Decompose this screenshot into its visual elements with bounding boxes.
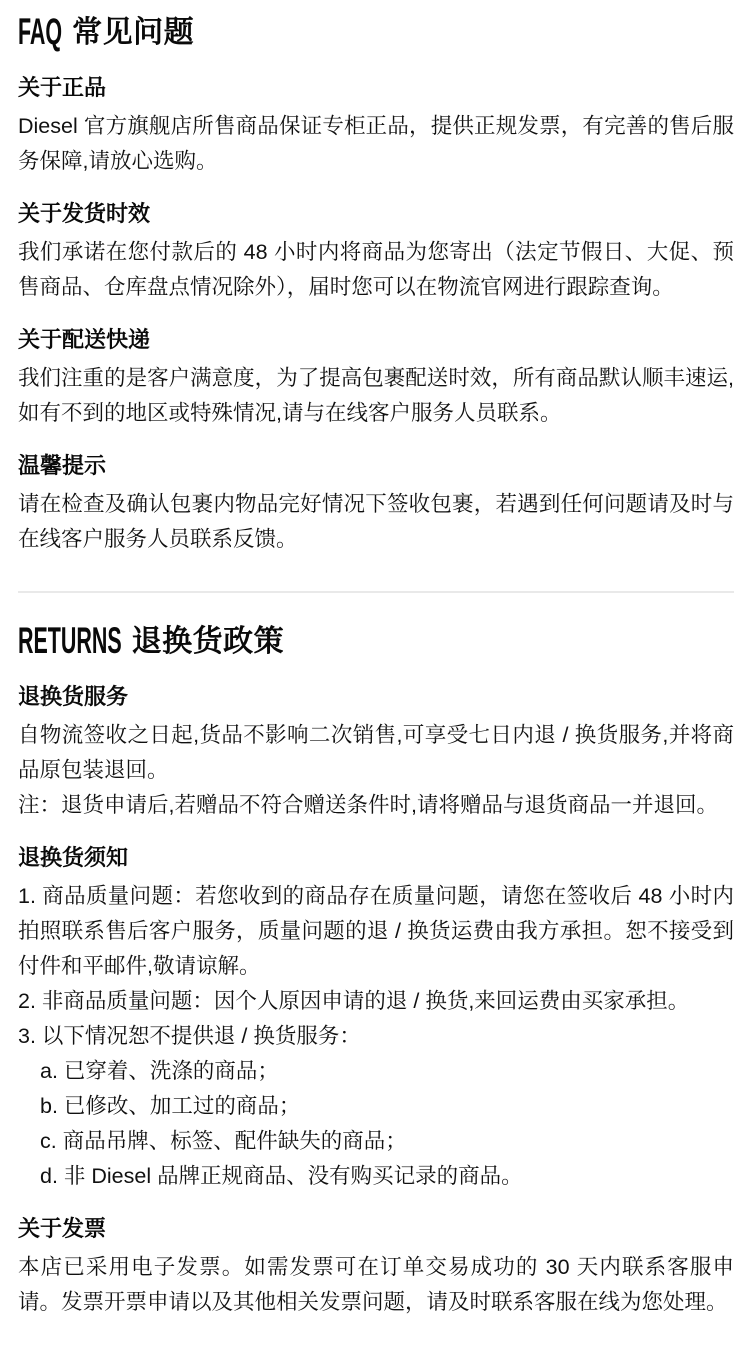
faq-title-latin: FAQ	[18, 12, 62, 52]
faq-section-delivery: 关于配送快递 我们注重的是客户满意度，为了提高包裹配送时效，所有商品默认顺丰速运…	[18, 325, 734, 431]
notice-subitem-d: d. 非 Diesel 品牌正规商品、没有购买记录的商品。	[18, 1159, 734, 1194]
returns-service-heading: 退换货服务	[18, 682, 734, 712]
returns-service-text: 自物流签收之日起,货品不影响二次销售,可享受七日内退 / 换货服务,并将商品原包…	[18, 718, 734, 788]
notice-subitem-b: b. 已修改、加工过的商品；	[18, 1089, 734, 1124]
faq-section-shipping-time: 关于发货时效 我们承诺在您付款后的 48 小时内将商品为您寄出（法定节假日、大促…	[18, 199, 734, 305]
notice-item-3: 3. 以下情况恕不提供退 / 换货服务：	[18, 1019, 734, 1054]
delivery-heading: 关于配送快递	[18, 325, 734, 355]
tips-text: 请在检查及确认包裹内物品完好情况下签收包裹，若遇到任何问题请及时与在线客户服务人…	[18, 487, 734, 557]
invoice-text: 本店已采用电子发票。如需发票可在订单交易成功的 30 天内联系客服申请。发票开票…	[18, 1250, 734, 1320]
shipping-time-heading: 关于发货时效	[18, 199, 734, 229]
authenticity-text: Diesel 官方旗舰店所售商品保证专柜正品，提供正规发票，有完善的售后服务保障…	[18, 109, 734, 179]
returns-service-section: 退换货服务 自物流签收之日起,货品不影响二次销售,可享受七日内退 / 换货服务,…	[18, 682, 734, 823]
notice-item-1: 1. 商品质量问题：若您收到的商品存在质量问题，请您在签收后 48 小时内拍照联…	[18, 879, 734, 984]
faq-title-cjk: 常见问题	[72, 16, 194, 49]
shipping-time-text: 我们承诺在您付款后的 48 小时内将商品为您寄出（法定节假日、大促、预售商品、仓…	[18, 235, 734, 305]
tips-heading: 温馨提示	[18, 451, 734, 481]
faq-returns-page: FAQ常见问题 关于正品 Diesel 官方旗舰店所售商品保证专柜正品，提供正规…	[0, 0, 750, 1358]
notice-subitem-a: a. 已穿着、洗涤的商品；	[18, 1054, 734, 1089]
returns-title-cjk: 退换货政策	[132, 625, 285, 658]
returns-title-latin: RETURNS	[18, 621, 122, 661]
notice-item-2: 2. 非商品质量问题：因个人原因申请的退 / 换货,来回运费由买家承担。	[18, 984, 734, 1019]
invoice-section: 关于发票 本店已采用电子发票。如需发票可在订单交易成功的 30 天内联系客服申请…	[18, 1214, 734, 1320]
returns-notice-section: 退换货须知 1. 商品质量问题：若您收到的商品存在质量问题，请您在签收后 48 …	[18, 843, 734, 1194]
invoice-heading: 关于发票	[18, 1214, 734, 1244]
faq-section-tips: 温馨提示 请在检查及确认包裹内物品完好情况下签收包裹，若遇到任何问题请及时与在线…	[18, 451, 734, 557]
returns-section-title: RETURNS退换货政策	[18, 621, 734, 662]
notice-subitem-c: c. 商品吊牌、标签、配件缺失的商品；	[18, 1124, 734, 1159]
faq-section-title: FAQ常见问题	[18, 12, 734, 53]
authenticity-heading: 关于正品	[18, 73, 734, 103]
section-divider	[18, 591, 734, 593]
faq-section-authenticity: 关于正品 Diesel 官方旗舰店所售商品保证专柜正品，提供正规发票，有完善的售…	[18, 73, 734, 179]
returns-notice-heading: 退换货须知	[18, 843, 734, 873]
delivery-text: 我们注重的是客户满意度，为了提高包裹配送时效，所有商品默认顺丰速运,如有不到的地…	[18, 361, 734, 431]
returns-service-note: 注：退货申请后,若赠品不符合赠送条件时,请将赠品与退货商品一并退回。	[18, 788, 734, 823]
